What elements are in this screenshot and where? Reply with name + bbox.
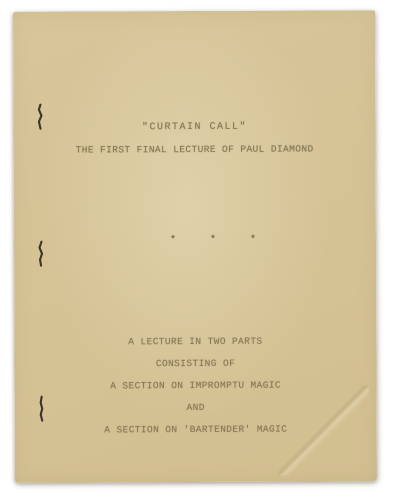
lecture-line: A SECTION ON IMPROMPTU MAGIC — [15, 374, 377, 398]
document-title: "CURTAIN CALL" — [13, 121, 375, 134]
lecture-line: CONSISTING OF — [14, 352, 376, 376]
asterisk-glyph: * — [170, 235, 176, 246]
lecture-line: AND — [15, 396, 377, 420]
asterisk-glyph: * — [250, 235, 256, 246]
document-subtitle: THE FIRST FINAL LECTURE OF PAUL DIAMOND — [14, 143, 376, 156]
asterisk-glyph: * — [210, 235, 216, 246]
lecture-line: A SECTION ON 'BARTENDER' MAGIC — [15, 418, 377, 442]
photo-of-document: "CURTAIN CALL" THE FIRST FINAL LECTURE O… — [0, 0, 395, 500]
asterisk-separator: *** — [14, 223, 376, 258]
lecture-description-block: A LECTURE IN TWO PARTS CONSISTING OF A S… — [14, 330, 376, 442]
lecture-line: A LECTURE IN TWO PARTS — [14, 330, 376, 354]
document-cover-page: "CURTAIN CALL" THE FIRST FINAL LECTURE O… — [13, 10, 377, 483]
